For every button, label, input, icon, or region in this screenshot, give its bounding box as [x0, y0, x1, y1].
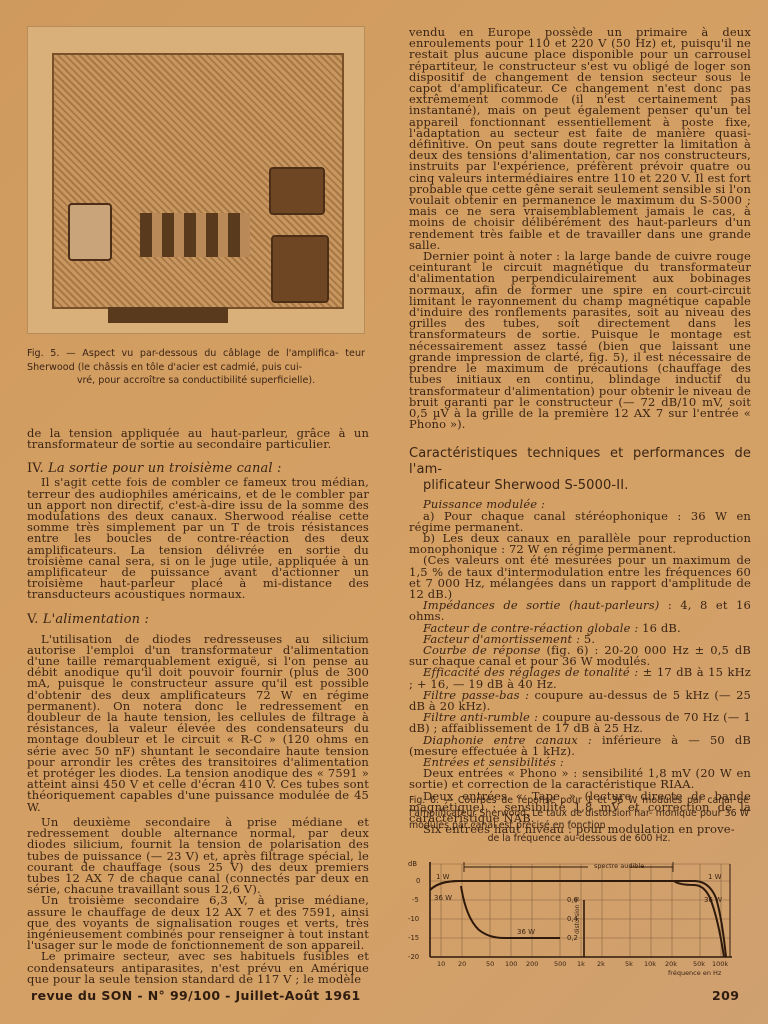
svg-text:10: 10	[437, 960, 445, 968]
paragraph: Dernier point à noter : la large bande d…	[409, 251, 751, 430]
spec-item: Diaphonie entre canaux : inférieure à — …	[409, 735, 751, 757]
output-transformer-shape	[269, 167, 325, 215]
svg-text:-10: -10	[408, 915, 419, 923]
journal-footer: revue du SON - N° 99/100 - Juillet-Août …	[31, 988, 361, 1003]
caption-line: vré, pour accroître sa conductibilité su…	[27, 374, 365, 388]
audible-spectrum-label: spectre audible	[594, 862, 644, 870]
spec-item: Deux entrées « Phono » : sensibilité 1,8…	[409, 768, 751, 790]
x-tick-labels: 102050 100200500 1k2k5k 10k20k50k 100k f…	[437, 960, 728, 977]
chassis-connector-strip	[108, 307, 228, 323]
page-number: 209	[712, 988, 739, 1003]
power-transformer-shape	[271, 235, 329, 303]
y-tick-labels: dB 0 -5 -10 -15 -20 0,6 0,4 0,2	[408, 860, 578, 961]
series-label-1w-hf: 1 W	[708, 873, 722, 881]
svg-text:100: 100	[505, 960, 517, 968]
figure-6-caption: Fig. 6. — Courbes de réponse pour 1 et 3…	[409, 795, 749, 845]
left-column: de la tension appliquée au haut-parleur,…	[27, 428, 369, 985]
paragraph: Le primaire secteur, avec ses habituels …	[27, 951, 369, 985]
section-number: V.	[27, 612, 39, 627]
svg-text:20: 20	[458, 960, 466, 968]
spec-item: Impédances de sortie (haut-parleurs) : 4…	[409, 600, 751, 622]
svg-text:1k: 1k	[577, 960, 585, 968]
amplifier-chassis-image	[52, 53, 344, 309]
svg-text:500: 500	[554, 960, 566, 968]
spec-value: 16 dB.	[638, 621, 680, 635]
spec-item: a) Pour chaque canal stéréophonique : 36…	[409, 511, 751, 533]
intro-paragraph: de la tension appliquée au haut-parleur,…	[27, 428, 369, 450]
svg-text:50: 50	[486, 960, 494, 968]
spec-label: Impédances de sortie (haut-parleurs)	[423, 598, 659, 612]
svg-text:0: 0	[416, 877, 420, 885]
svg-text:2k: 2k	[597, 960, 605, 968]
spec-item: Efficacité des réglages de tonalité : ± …	[409, 667, 751, 689]
svg-text:10k: 10k	[644, 960, 656, 968]
svg-text:50k: 50k	[693, 960, 705, 968]
section-title: La sortie pour un troisième canal :	[48, 461, 281, 476]
svg-text:100k: 100k	[712, 960, 728, 968]
paragraph: vendu en Europe possède un primaire à de…	[409, 27, 751, 251]
series-label-36w-hf: 36 W	[704, 896, 722, 904]
caption-line: Fig. 6. — Courbes de réponse pour 1 et 3…	[409, 795, 703, 806]
heading-line: Caractéristiques techniques et performan…	[409, 446, 751, 477]
svg-text:fréquence en Hz: fréquence en Hz	[668, 969, 722, 977]
figure-5-photo	[27, 26, 365, 334]
series-label-1w: 1 W	[436, 873, 450, 881]
svg-text:20k: 20k	[665, 960, 677, 968]
section-title: L'alimentation :	[43, 612, 149, 627]
paragraph: L'utilisation de diodes redresseuses au …	[27, 634, 369, 813]
section-5-heading: V. L'alimentation :	[27, 612, 369, 628]
spec-value: (Ces valeurs ont été mesurées pour un ma…	[409, 553, 751, 601]
spec-item: Courbe de réponse (fig. 6) : 20-20 000 H…	[409, 645, 751, 667]
svg-text:dB: dB	[408, 860, 417, 868]
paragraph: Un deuxième secondaire à prise médiane e…	[27, 817, 369, 895]
spec-item: Filtre anti-rumble : coupure au-dessous …	[409, 712, 751, 734]
curve-36w-distortion	[461, 886, 560, 938]
series-label-36w-distortion: 36 W	[517, 928, 535, 936]
series-label-36w: 36 W	[434, 894, 452, 902]
y2-axis-label: distorsion %	[574, 897, 581, 934]
svg-text:-15: -15	[408, 934, 419, 942]
svg-text:5k: 5k	[625, 960, 633, 968]
heading-line: plificateur Sherwood S-5000-II.	[409, 478, 751, 494]
svg-text:0,2: 0,2	[567, 934, 578, 942]
paragraph: Il s'agit cette fois de combler ce fameu…	[27, 477, 369, 600]
right-column: vendu en Europe possède un primaire à de…	[409, 27, 751, 835]
paragraph: Un troisième secondaire 6,3 V, à prise m…	[27, 895, 369, 951]
specs-heading: Caractéristiques techniques et performan…	[409, 446, 751, 494]
figure-5-caption: Fig. 5. — Aspect vu par-dessous du câbla…	[27, 347, 365, 388]
caption-line: de la fréquence au-dessous de 600 Hz.	[409, 833, 749, 846]
svg-text:200: 200	[526, 960, 538, 968]
frequency-response-chart: dB 0 -5 -10 -15 -20 0,6 0,4 0,2 102050 1…	[404, 858, 748, 978]
svg-text:-20: -20	[408, 953, 419, 961]
caption-line: Fig. 5. — Aspect vu par-dessous du câbla…	[27, 348, 339, 359]
section-number: IV.	[27, 461, 44, 476]
output-transformer-shape	[68, 203, 112, 261]
tube-sockets-shape	[140, 213, 250, 257]
spec-item: Filtre passe-bas : coupure au-dessus de …	[409, 690, 751, 712]
spec-item: b) Les deux canaux en parallèle pour rep…	[409, 533, 751, 555]
specs-list: Puissance modulée : a) Pour chaque canal…	[409, 499, 751, 835]
svg-text:-5: -5	[412, 896, 419, 904]
spec-item: (Ces valeurs ont été mesurées pour un ma…	[409, 555, 751, 600]
